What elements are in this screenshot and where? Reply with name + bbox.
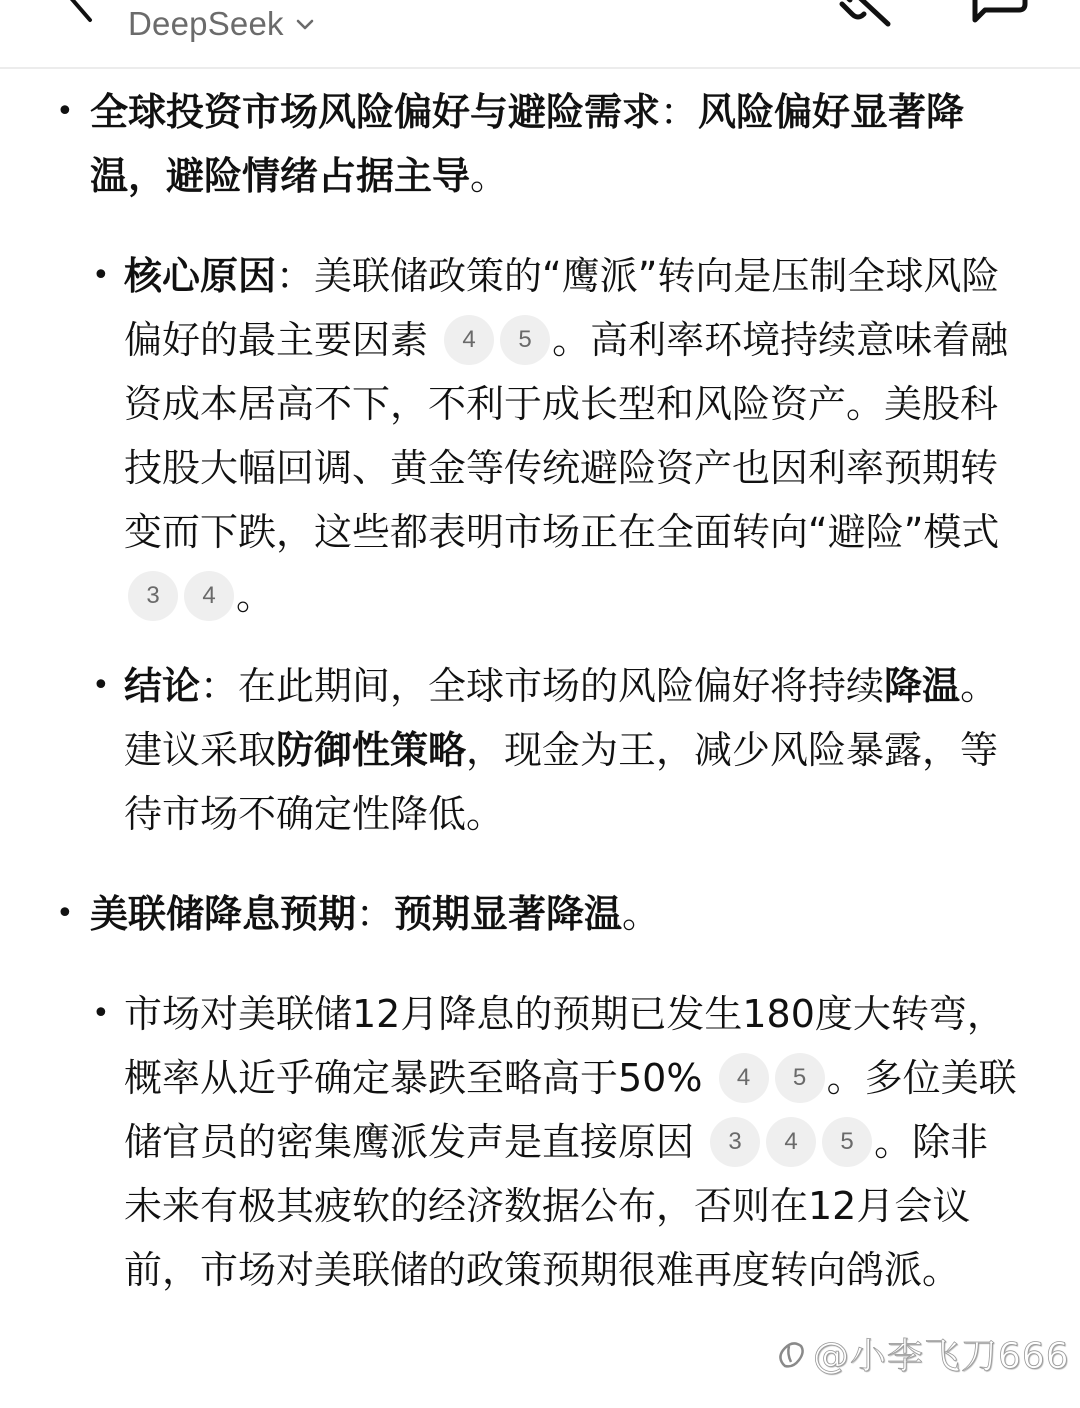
citation-badge[interactable]: 5 <box>822 1117 872 1167</box>
colon: ： <box>660 90 698 134</box>
list-item-core-reason: • 核心原因：美联储政策的“鹰派”转向是压制全球风险偏好的最主要因素 45。高利… <box>90 244 1022 628</box>
item-label: 结论 <box>124 664 200 708</box>
back-arrow-icon <box>56 0 106 30</box>
chat-message-content: • 全球投资市场风险偏好与避险需求：风险偏好显著降温，避险情绪占据主导。 • 核… <box>0 80 1080 1302</box>
punctuation: 。 <box>622 892 660 936</box>
citation-badge[interactable]: 5 <box>775 1053 825 1103</box>
item-text: 。 <box>236 574 274 618</box>
colon: ： <box>356 892 394 936</box>
list-item-conclusion: • 结论：在此期间，全球市场的风险偏好将持续降温。建议采取防御性策略，现金为王，… <box>90 654 1022 846</box>
watermark: @小李飞刀666 <box>775 1328 1070 1379</box>
citation-badge[interactable]: 4 <box>719 1053 769 1103</box>
section-risk-appetite: • 全球投资市场风险偏好与避险需求：风险偏好显著降温，避险情绪占据主导。 • 核… <box>0 80 1080 846</box>
punctuation: 。 <box>470 154 508 198</box>
bullet-icon: • <box>92 982 110 1046</box>
bullet-icon: • <box>92 244 110 308</box>
bullet-icon: • <box>56 882 74 946</box>
citation-badge[interactable]: 4 <box>766 1117 816 1167</box>
colon: ： <box>200 664 238 708</box>
item-text: 在此期间，全球市场的风险偏好将持续 <box>238 664 884 708</box>
model-selector[interactable]: DeepSeek <box>128 2 316 46</box>
item-label: 核心原因 <box>124 254 276 298</box>
item-emphasis: 降温 <box>884 664 960 708</box>
citation-badge[interactable]: 4 <box>444 315 494 365</box>
item-emphasis: 防御性策略 <box>276 728 466 772</box>
weibo-logo-icon <box>775 1334 809 1374</box>
colon: ： <box>276 254 314 298</box>
chevron-down-icon <box>294 13 316 35</box>
pin-button[interactable] <box>830 0 900 28</box>
citation-badge[interactable]: 5 <box>500 315 550 365</box>
app-header: DeepSeek <box>0 0 1080 69</box>
bullet-icon: • <box>92 654 110 718</box>
citation-badge[interactable]: 3 <box>128 571 178 621</box>
section-heading: 全球投资市场风险偏好与避险需求 <box>90 90 660 134</box>
back-button[interactable] <box>56 0 106 30</box>
bullet-icon: • <box>56 80 74 144</box>
new-chat-button[interactable] <box>965 0 1035 28</box>
app-title: DeepSeek <box>128 5 284 43</box>
pin-icon <box>830 0 900 28</box>
section-summary: 预期显著降温 <box>394 892 622 936</box>
citation-badge[interactable]: 4 <box>184 571 234 621</box>
section-heading: 美联储降息预期 <box>90 892 356 936</box>
list-item-market-expectation: • 市场对美联储12月降息的预期已发生180度大转弯，概率从近乎确定暴跌至略高于… <box>90 982 1022 1302</box>
citation-badge[interactable]: 3 <box>710 1117 760 1167</box>
chat-bubble-icon <box>965 0 1035 28</box>
section-fed-rate-cut: • 美联储降息预期：预期显著降温。 • 市场对美联储12月降息的预期已发生180… <box>0 882 1080 1302</box>
watermark-text: @小李飞刀666 <box>813 1328 1070 1379</box>
